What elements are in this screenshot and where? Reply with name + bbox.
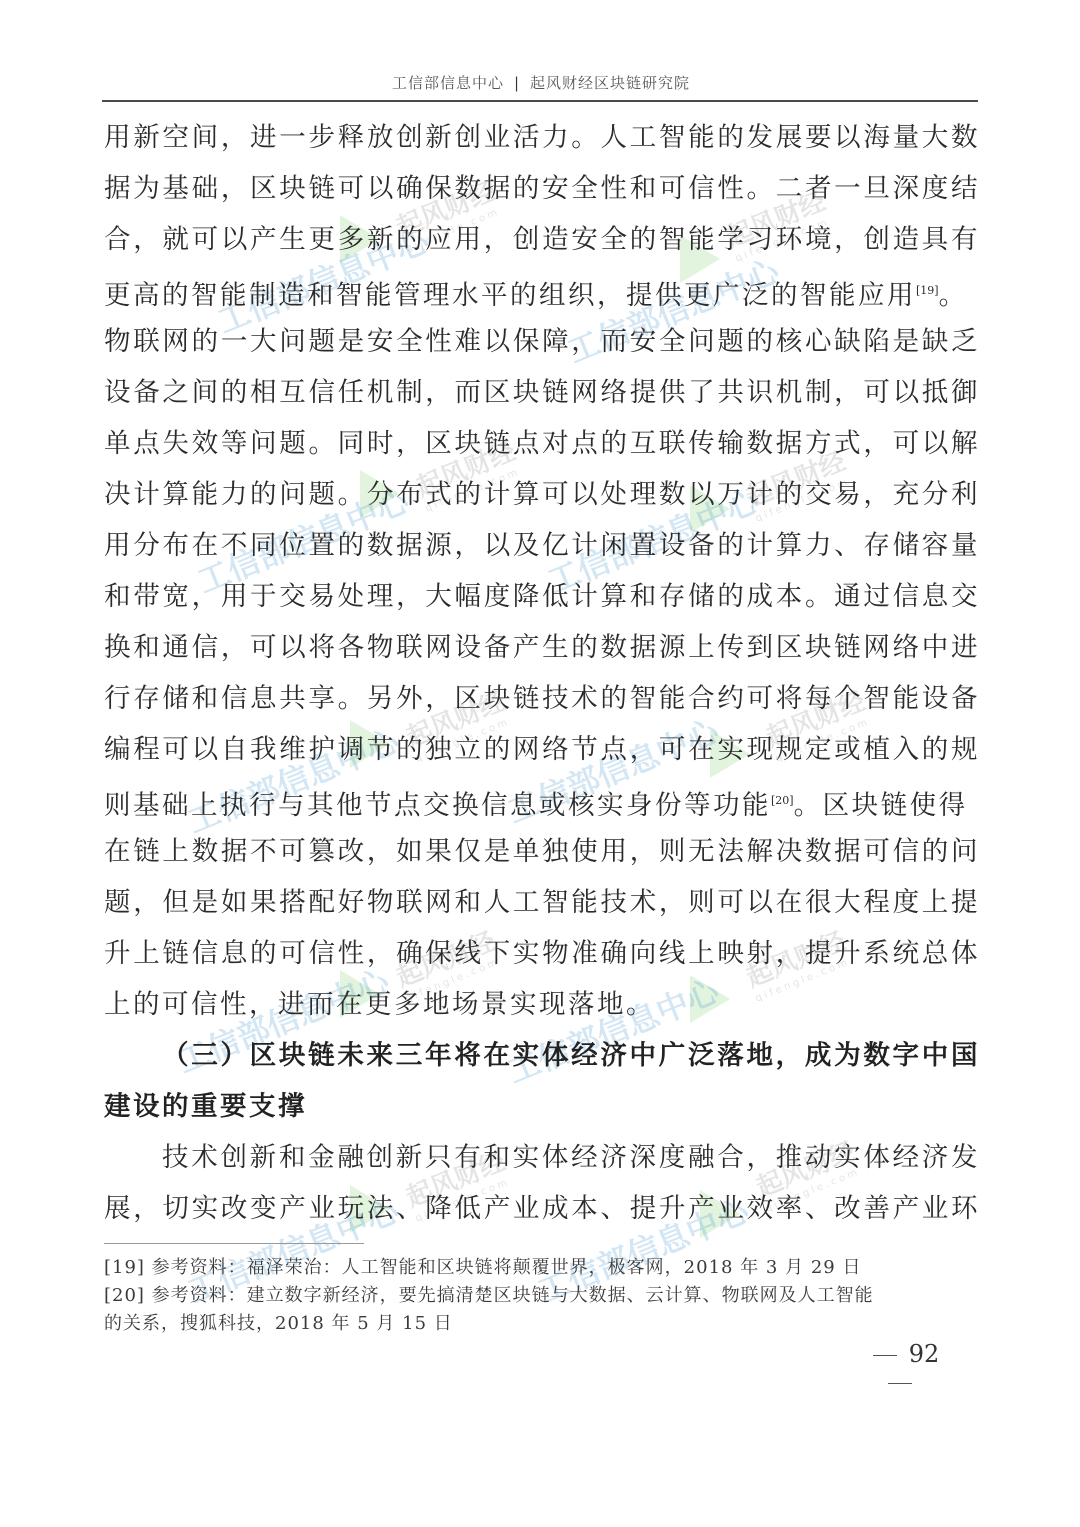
footnote-19: [19] 参考资料：福泽荣治：人工智能和区块链将颠覆世界，极客网，2018 年 … (104, 1254, 980, 1282)
footnote-rule (104, 1243, 364, 1244)
header-rule (102, 100, 978, 102)
text-line: 物联网的一大问题是安全性难以保障，而安全问题的核心缺陷是缺乏 (104, 316, 980, 367)
text-line: 和带宽，用于交易处理，大幅度降低计算和存储的成本。通过信息交 (104, 571, 980, 622)
text-line: 展，切实改变产业玩法、降低产业成本、提升产业效率、改善产业环 (104, 1183, 980, 1234)
text-line: 合，就可以产生更多新的应用，创造安全的智能学习环境，创造具有 (104, 214, 980, 265)
text-line: 设备之间的相互信任机制，而区块链网络提供了共识机制，可以抵御 (104, 367, 980, 418)
text-line: 决计算能力的问题。分布式的计算可以处理数以万计的交易，充分利 (104, 469, 980, 520)
text-line: 在链上数据不可篡改，如果仅是单独使用，则无法解决数据可信的问 (104, 826, 980, 877)
text-line: 编程可以自我维护调节的独立的网络节点，可在实现规定或植入的规 (104, 724, 980, 775)
footnotes: [19] 参考资料：福泽荣治：人工智能和区块链将颠覆世界，极客网，2018 年 … (104, 1254, 980, 1338)
text-line: 升上链信息的可信性，确保线下实物准确向线上映射，提升系统总体 (104, 928, 980, 979)
text-line: 则基础上执行与其他节点交换信息或核实身份等功能[20]。区块链使得 (104, 775, 980, 826)
footnote-20-continued: 的关系，搜狐科技，2018 年 5 月 15 日 (104, 1310, 980, 1338)
text-line: 换和通信，可以将各物联网设备产生的数据源上传到区块链网络中进 (104, 622, 980, 673)
text-line: 上的可信性，进而在更多地场景实现落地。 (104, 979, 980, 1030)
text-line: 用分布在不同位置的数据源，以及亿计闲置设备的计算力、存储容量 (104, 520, 980, 571)
page-number: 92 (840, 1340, 960, 1396)
header-separator: | (514, 74, 520, 92)
text-line: 行存储和信息共享。另外，区块链技术的智能合约可将每个智能设备 (104, 673, 980, 724)
text-line: 据为基础，区块链可以确保数据的安全性和可信性。二者一旦深度结 (104, 163, 980, 214)
dash-left (873, 1355, 897, 1356)
section-heading: （三）区块链未来三年将在实体经济中广泛落地，成为数字中国 (104, 1030, 980, 1081)
header-right: 起风财经区块链研究院 (530, 74, 690, 92)
running-header: 工信部信息中心|起风财经区块链研究院 (104, 72, 978, 93)
footnote-ref-19[interactable]: [19] (916, 284, 939, 297)
text-line: 题，但是如果搭配好物联网和人工智能技术，则可以在很大程度上提 (104, 877, 980, 928)
footnote-ref-20[interactable]: [20] (771, 794, 794, 807)
header-left: 工信部信息中心 (392, 74, 504, 92)
text-line: 用新空间，进一步释放创新创业活力。人工智能的发展要以海量大数 (104, 112, 980, 163)
dash-right (888, 1383, 912, 1384)
text-line: 更高的智能制造和智能管理水平的组织，提供更广泛的智能应用[19]。 (104, 265, 980, 316)
document-page: 工信部信息中心|起风财经区块链研究院 起风财经qifengle.com 工信部信… (0, 0, 1080, 1527)
text-line: 技术创新和金融创新只有和实体经济深度融合，推动实体经济发 (104, 1132, 980, 1183)
body-text: 用新空间，进一步释放创新创业活力。人工智能的发展要以海量大数 据为基础，区块链可… (104, 112, 980, 1234)
text-line: 单点失效等问题。同时，区块链点对点的互联传输数据方式，可以解 (104, 418, 980, 469)
section-heading: 建设的重要支撑 (104, 1081, 980, 1132)
footnote-20: [20] 参考资料：建立数字新经济，要先搞清楚区块链与大数据、云计算、物联网及人… (104, 1282, 980, 1310)
